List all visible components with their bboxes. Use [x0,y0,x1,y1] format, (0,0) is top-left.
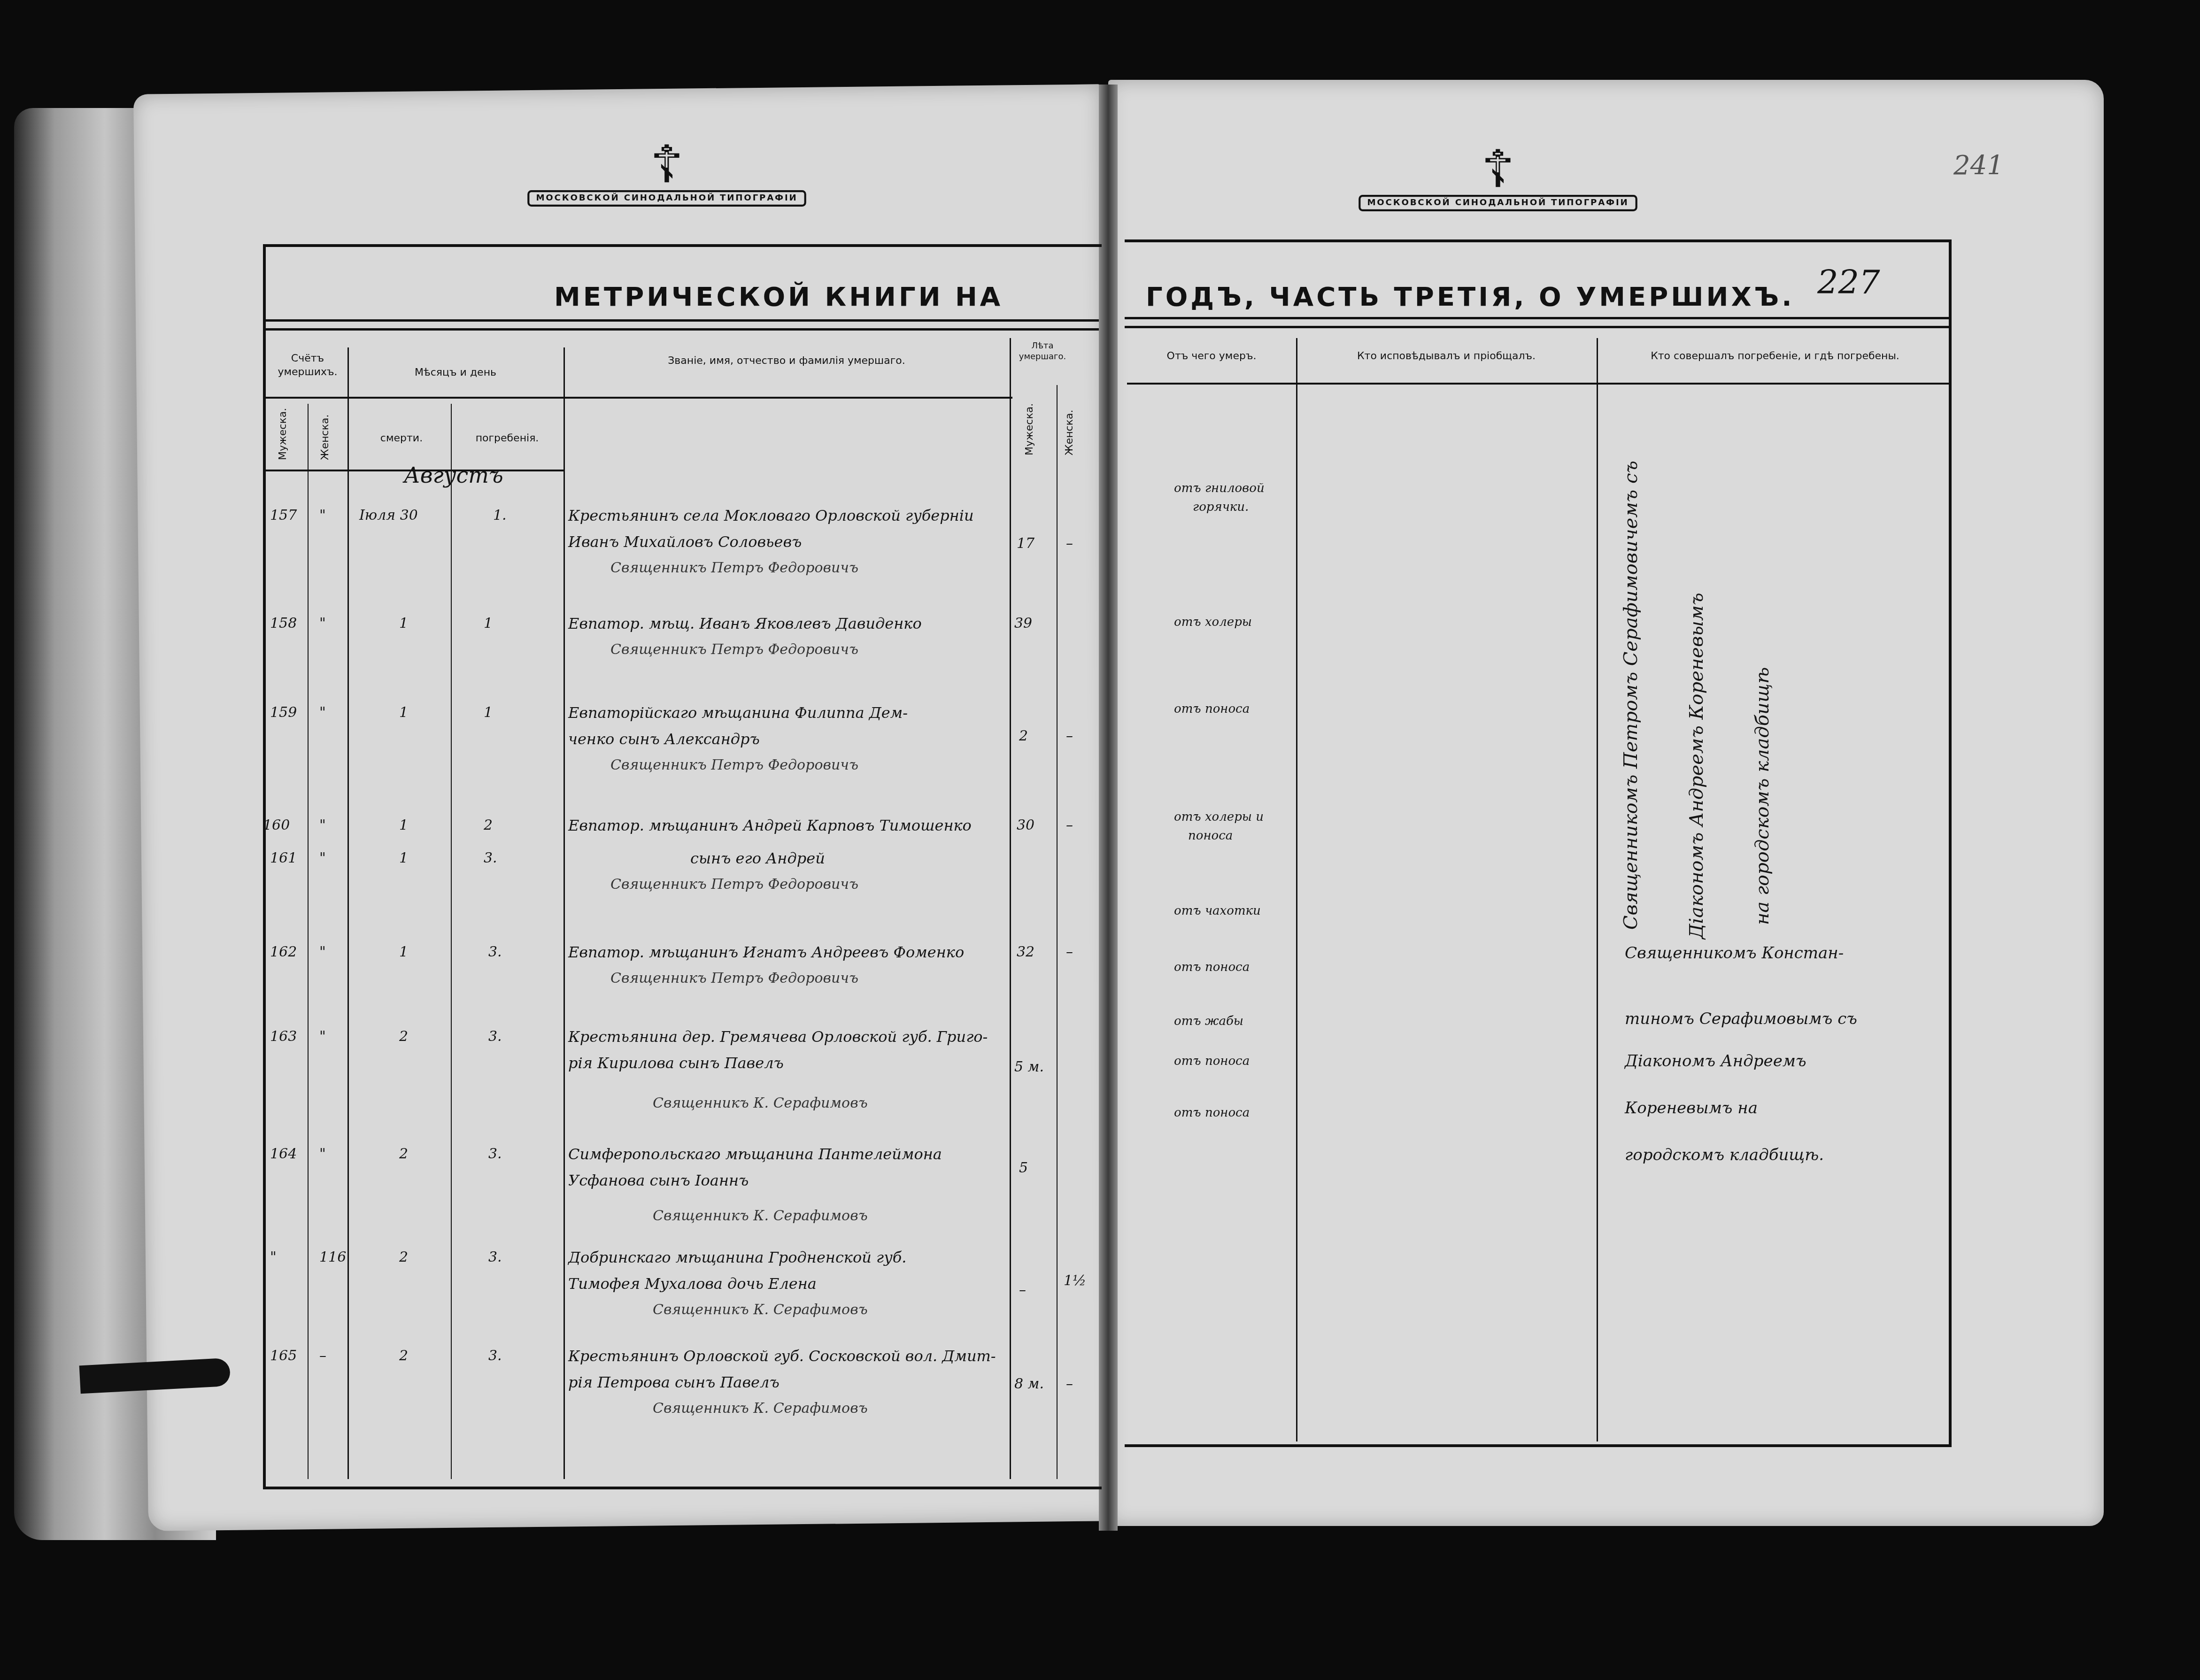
col-header-count-female: Женска. [319,413,331,460]
deceased-name: Крестьянина дер. Гремячева Орловской губ… [568,1024,988,1117]
burial-line: Діакономъ Андреемъ [1625,1052,1806,1071]
burial-place-vertical: на городскомъ кладбищѣ [1752,479,1773,925]
deceased-name: Евпатор. мѣщ. Иванъ Яковлевъ Давиденко С… [568,610,922,663]
age-male: 8 м. [1014,1376,1044,1392]
age-male: 39 [1014,615,1032,632]
female-number: – [319,1348,326,1364]
death-date: 2 [399,1146,408,1162]
header-divider [266,397,1012,399]
page-number: 241 [1953,150,2004,181]
signature: Священникъ Петръ Федоровичъ [568,752,908,778]
deceased-name: Евпаторійскаго мѣщанина Филиппа Дем- чен… [568,700,908,778]
death-date: 2 [399,1348,408,1364]
cause-of-death: отъ поноса [1174,700,1250,718]
death-date: 1 [399,944,408,960]
signature: Священникъ К. Серафимовъ [568,1203,942,1229]
col-header-confessor: Кто исповѣдывалъ и пріобщалъ. [1301,350,1592,363]
female-number: 116 [319,1249,346,1265]
header-divider [1127,383,1949,385]
signature: Священникъ Петръ Федоровичъ [568,871,858,898]
crest-ribbon: МОСКОВСКОЙ СИНОДАЛЬНОЙ ТИПОГРАФІИ [527,190,806,207]
female-number: " [319,1028,326,1045]
burial-officiant-vertical: Діакономъ Андреемъ Кореневымъ [1686,470,1707,939]
death-date: 2 [399,1028,408,1045]
deceased-name: сынъ его Андрей Священникъ Петръ Федоров… [568,845,858,898]
cause-of-death: отъ холеры и поноса [1174,808,1264,845]
col-header-month-day: Мѣсяцъ и день [352,366,559,380]
burial-date: 2 [484,817,493,833]
col-header-age-female: Женска. [1064,404,1075,455]
cause-of-death: отъ поноса [1174,1103,1250,1122]
cause-of-death: отъ поноса [1174,1052,1250,1071]
age-female: – [1066,817,1073,833]
age-female: – [1066,535,1073,552]
age-female: – [1066,944,1073,960]
burial-date: 3. [488,1348,502,1364]
double-headed-eagle-icon: ☦ [1481,141,1514,197]
col-header-burial-by: Кто совершалъ погребеніе, и гдѣ погребен… [1601,350,1949,363]
female-number: " [319,615,326,632]
death-date: 1 [399,850,408,866]
col-header-cause: Отъ чего умеръ. [1132,350,1291,363]
col-divider [308,404,309,1479]
death-date: Іюля 30 [359,507,418,524]
female-number: " [319,944,326,960]
deceased-name: Добринскаго мѣщанина Гродненской губ. Ти… [568,1244,906,1323]
age-male: 5 [1019,1160,1028,1176]
deceased-name: Крестьянинъ Орловской губ. Сосковской во… [568,1343,996,1422]
male-number: 157 [270,507,297,524]
col-divider [1597,338,1598,1441]
burial-date: 1 [484,704,493,721]
col-header-age: Лѣта умершаго. [1012,340,1073,362]
burial-date: 3. [484,850,497,866]
double-headed-eagle-icon: ☦ [650,136,683,193]
deceased-name: Евпатор. мѣщанинъ Игнатъ Андреевъ Фоменк… [568,939,964,992]
male-number: 159 [270,704,297,721]
col-divider [1057,385,1058,1479]
age-female: 1½ [1064,1272,1086,1289]
male-number: 161 [270,850,297,866]
col-divider [451,404,452,1479]
deceased-name: Симферопольскаго мѣщанина Пантелеймона У… [568,1141,942,1229]
cause-of-death: отъ жабы [1174,1012,1243,1031]
burial-line: Священникомъ Констан- [1625,944,1844,963]
signature: Священникъ К. Серафимовъ [568,1395,996,1422]
col-divider [1010,338,1011,1479]
male-number: 160 [263,817,290,833]
signature: Священникъ К. Серафимовъ [568,1297,906,1323]
death-date: 1 [399,704,408,721]
burial-line: Кореневымъ на [1625,1099,1758,1117]
death-date: 1 [399,817,408,833]
age-male: 2 [1019,728,1028,744]
female-number: " [319,507,326,524]
burial-date: 3. [488,1146,502,1162]
age-male: 5 м. [1014,1059,1044,1075]
deceased-name: Крестьянинъ села Мокловаго Орловской губ… [568,502,974,581]
burial-date: 3. [488,944,502,960]
book-gutter [1099,85,1118,1531]
col-header-burial: погребенія. [455,432,559,446]
signature: Священникъ К. Серафимовъ [568,1090,988,1117]
burial-date: 1 [484,615,493,632]
col-divider [347,347,349,1479]
crest-ribbon: МОСКОВСКОЙ СИНОДАЛЬНОЙ ТИПОГРАФІИ [1359,195,1637,211]
age-female: – [1066,1376,1073,1392]
signature: Священникъ Петръ Федоровичъ [568,965,964,992]
col-header-age-male: Мужеска. [1024,404,1035,455]
female-number: " [319,704,326,721]
coat-of-arms-left: ☦ МОСКОВСКОЙ СИНОДАЛЬНОЙ ТИПОГРАФІИ [620,136,714,225]
col-divider [1296,338,1297,1441]
coat-of-arms-right: ☦ МОСКОВСКОЙ СИНОДАЛЬНОЙ ТИПОГРАФІИ [1451,141,1545,230]
female-number: " [319,1146,326,1162]
female-number: " [319,817,326,833]
age-female: – [1066,728,1073,744]
cause-of-death: отъ холеры [1174,613,1252,632]
female-number: " [319,850,326,866]
cause-of-death: отъ поноса [1174,958,1250,977]
burial-line: тиномъ Серафимовымъ съ [1625,1010,1857,1028]
col-header-death: смерти. [357,432,446,446]
signature: Священникъ Петръ Федоровичъ [568,555,974,581]
age-male: 30 [1017,817,1034,833]
col-divider [564,347,565,1479]
age-male: 32 [1017,944,1034,960]
cause-of-death: отъ гниловой горячки. [1174,479,1265,516]
col-header-count: Счётъ умершихъ. [270,352,345,379]
male-number: 164 [270,1146,297,1162]
death-date: 1 [399,615,408,632]
burial-date: 1. [493,507,507,524]
col-header-name: Званіе, имя, отчество и фамилія умершаго… [568,354,1005,368]
age-male: 17 [1017,535,1034,552]
signature: Священникъ Петръ Федоровичъ [568,637,922,663]
male-number: 163 [270,1028,297,1045]
cause-of-death: отъ чахотки [1174,902,1261,920]
month-heading: Августъ [404,462,503,488]
age-male: – [1019,1282,1026,1298]
col-header-count-male: Мужеска. [277,413,289,460]
male-number: " [270,1249,277,1265]
male-number: 165 [270,1348,297,1364]
deceased-name: Евпатор. мѣщанинъ Андрей Карповъ Тимошен… [568,812,972,839]
death-date: 2 [399,1249,408,1265]
burial-date: 3. [488,1249,502,1265]
burial-officiant-vertical: Священникомъ Петромъ Серафимовичемъ съ [1620,460,1642,930]
burial-line: городскомъ кладбищѣ. [1625,1146,1824,1164]
male-number: 158 [270,615,297,632]
male-number: 162 [270,944,297,960]
burial-date: 3. [488,1028,502,1045]
